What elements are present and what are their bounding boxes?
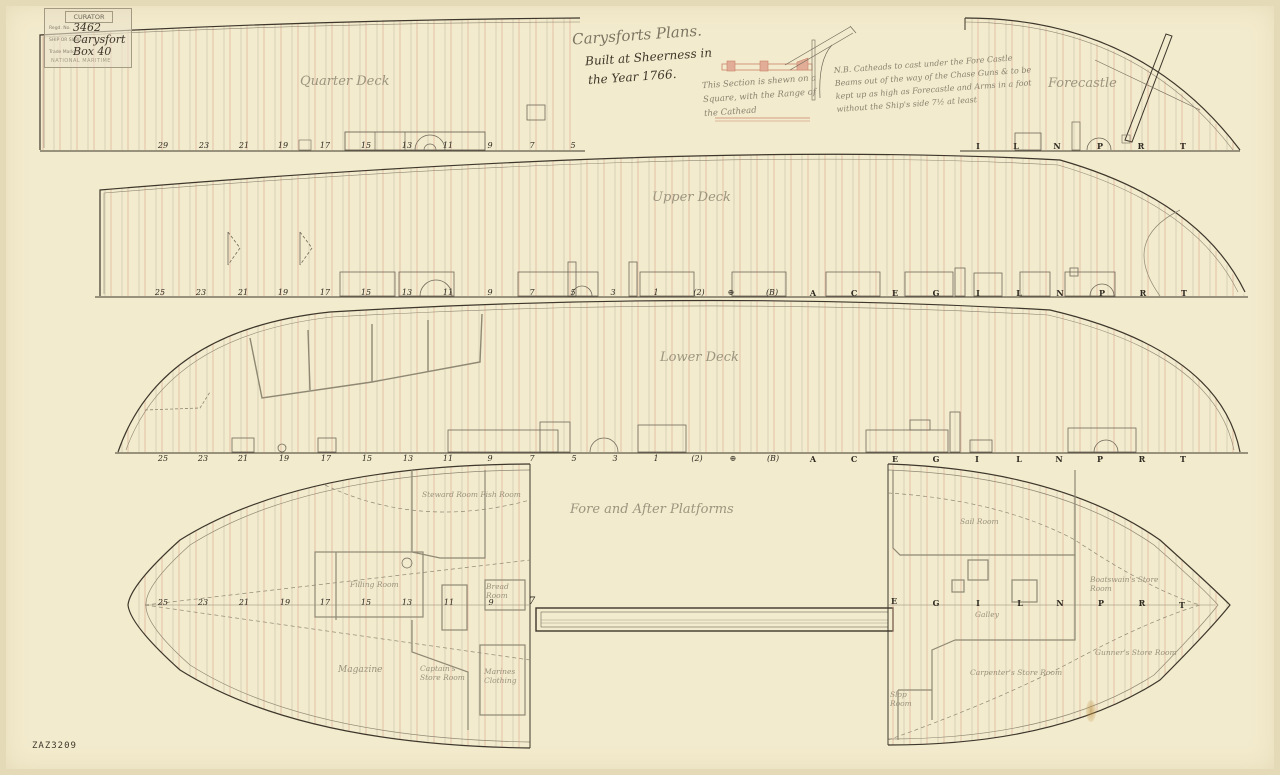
platforms-label: Fore and After Platforms [570, 502, 734, 517]
station: (B) [767, 454, 779, 463]
station: 19 [278, 141, 288, 150]
station: 7 [529, 454, 534, 463]
station: I [976, 598, 980, 608]
station: 21 [239, 598, 249, 607]
station: 5 [570, 141, 575, 150]
station: R [1139, 454, 1146, 464]
station: 11 [444, 598, 454, 607]
station: I [975, 454, 979, 464]
quarter-deck-label: Quarter Deck [300, 74, 390, 89]
station: 25 [158, 598, 168, 607]
scale-bar [536, 608, 893, 631]
station: L [1016, 454, 1022, 464]
station: T [1181, 288, 1187, 298]
station: 1 [653, 454, 658, 463]
station: (2) [693, 288, 704, 297]
station: 23 [199, 141, 209, 150]
station: 17 [320, 141, 330, 150]
station: 9 [487, 288, 492, 297]
station: N [1055, 454, 1062, 464]
room-slop: Slop Room [890, 690, 930, 708]
station: I [976, 141, 980, 151]
upper-deck-plan [95, 150, 1250, 300]
plan-sheet: CURATOR Regd. No. 3462 SHIP OR SUBJECT C… [0, 0, 1280, 775]
station: 13 [402, 598, 412, 607]
station: 17 [321, 454, 331, 463]
station: N [1056, 598, 1063, 608]
station: T [1180, 454, 1186, 464]
room-gunner: Gunner's Store Room [1095, 648, 1177, 657]
room-sail: Sail Room [960, 517, 999, 526]
stamp-label-regd: Regd. No. [49, 26, 71, 31]
station: 13 [402, 141, 412, 150]
station: 3 [612, 454, 617, 463]
station: E [892, 454, 898, 464]
station: 5 [570, 288, 575, 297]
station: 9 [487, 454, 492, 463]
station: ⊕ [728, 288, 735, 297]
station: 15 [362, 454, 372, 463]
station: C [851, 454, 857, 464]
paper-stain [1086, 700, 1096, 722]
station: 17 [320, 598, 330, 607]
room-captains-store: Captain's Store Room [420, 664, 470, 682]
station: 11 [443, 141, 453, 150]
station: 19 [279, 454, 289, 463]
station: A [810, 454, 816, 464]
station: C [851, 288, 857, 298]
stamp-value-trade: Box 40 [73, 45, 111, 58]
station: 23 [196, 288, 206, 297]
station: 25 [155, 288, 165, 297]
station: L [1013, 141, 1019, 151]
station: 7 [529, 141, 534, 150]
station: 23 [198, 454, 208, 463]
station: 11 [443, 454, 453, 463]
station: L [1017, 598, 1023, 608]
room-galley: Galley [975, 610, 999, 619]
station: P [1099, 288, 1105, 298]
station: A [810, 288, 816, 298]
station: 13 [403, 454, 413, 463]
station: 25 [158, 454, 168, 463]
station: 19 [280, 598, 290, 607]
station: T [1179, 600, 1185, 610]
station: 17 [320, 288, 330, 297]
station: 3 [610, 288, 615, 297]
ship-plan-drawing [0, 0, 1280, 775]
station: 21 [238, 288, 248, 297]
station: I [976, 288, 980, 298]
station: N [1056, 288, 1063, 298]
room-boatswain: Boatswain's Store Room [1090, 575, 1160, 593]
station: 7 [529, 288, 534, 297]
station: 29 [158, 141, 168, 150]
station: E [891, 596, 897, 606]
station: ⊕ [730, 454, 737, 463]
station: E [892, 288, 898, 298]
room-carpenter: Carpenter's Store Room [970, 668, 1062, 677]
station: L [1016, 288, 1022, 298]
station: 7 [529, 596, 535, 607]
station: G [933, 288, 940, 298]
room-filling: Filling Room [350, 580, 399, 589]
stamp-footer: NATIONAL MARITIME [51, 58, 111, 64]
station: R [1138, 141, 1145, 151]
section-note: This Section is shewn on a Square, with … [702, 71, 825, 121]
station: T [1180, 141, 1186, 151]
station: G [933, 598, 940, 608]
station: 21 [239, 141, 249, 150]
forecastle-label: Forecastle [1048, 76, 1117, 91]
room-magazine: Magazine [338, 665, 382, 675]
station: 9 [487, 141, 492, 150]
station: 19 [278, 288, 288, 297]
station: R [1139, 598, 1146, 608]
lower-deck-label: Lower Deck [660, 350, 739, 365]
station: 5 [571, 454, 576, 463]
upper-deck-label: Upper Deck [652, 190, 731, 205]
station: P [1097, 141, 1103, 151]
station: P [1098, 598, 1104, 608]
station: 15 [361, 288, 371, 297]
station: P [1097, 454, 1103, 464]
catalogue-number: ZAZ3209 [32, 741, 77, 751]
station: R [1140, 288, 1147, 298]
station: 11 [443, 288, 453, 297]
station: 13 [402, 288, 412, 297]
room-marines: Marines Clothing [484, 667, 524, 685]
station: 15 [361, 598, 371, 607]
room-steward: Steward Room Fish Room [422, 490, 521, 499]
curator-stamp: CURATOR Regd. No. 3462 SHIP OR SUBJECT C… [44, 8, 132, 68]
station: 21 [238, 454, 248, 463]
station: (B) [766, 288, 778, 297]
station: G [933, 454, 940, 464]
station: 9 [488, 598, 493, 607]
station: 1 [653, 288, 658, 297]
stamp-label-trade: Trade Mark [49, 50, 74, 55]
station: 15 [361, 141, 371, 150]
lower-deck-plan [115, 290, 1248, 455]
station: 23 [198, 598, 208, 607]
station: (2) [691, 454, 702, 463]
station: N [1053, 141, 1060, 151]
